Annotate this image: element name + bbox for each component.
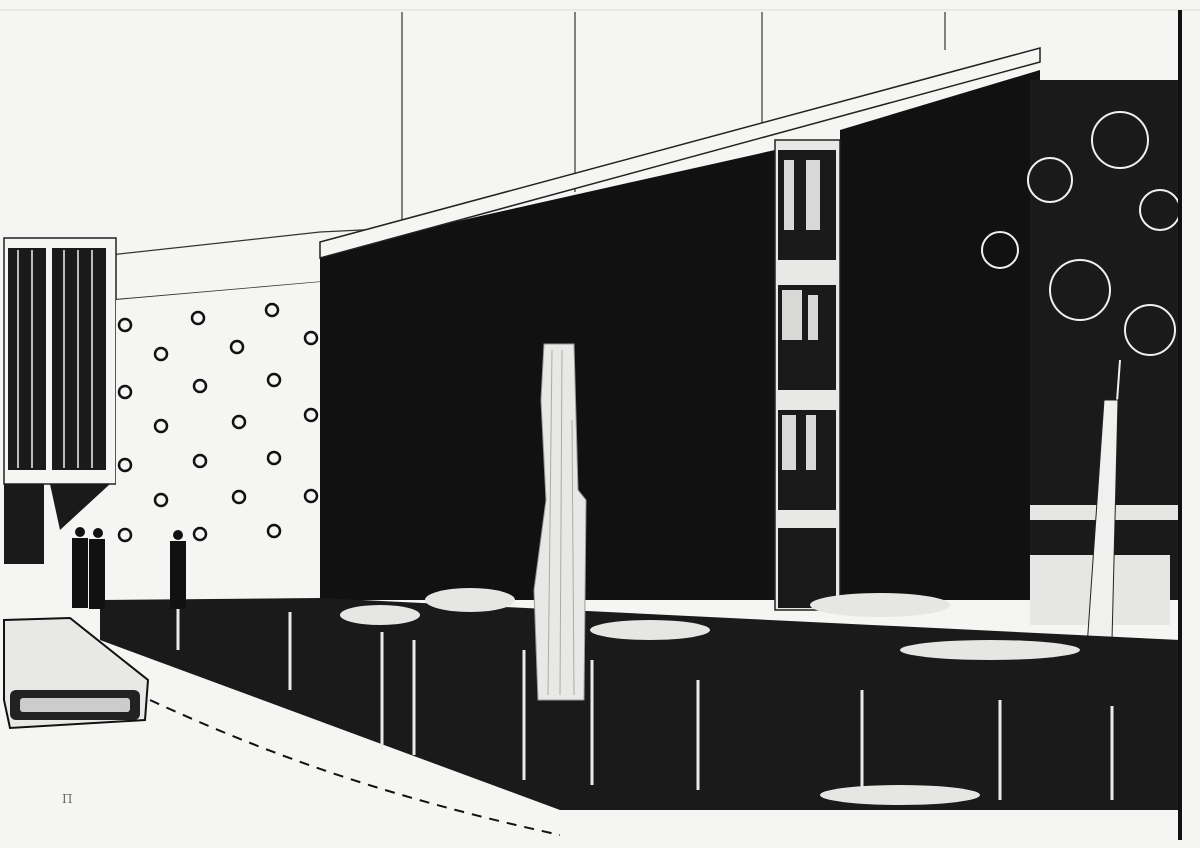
perforated-wall	[116, 282, 320, 598]
right-edge	[1178, 10, 1182, 840]
left-glass-building	[4, 238, 116, 564]
window-column	[775, 140, 840, 610]
dark-main-facade	[320, 48, 1040, 600]
drawing-sheet: Π	[0, 0, 1200, 848]
architectural-drawing	[0, 0, 1200, 848]
pencil-mark: Π	[62, 792, 72, 806]
planter-wall	[100, 588, 1180, 810]
